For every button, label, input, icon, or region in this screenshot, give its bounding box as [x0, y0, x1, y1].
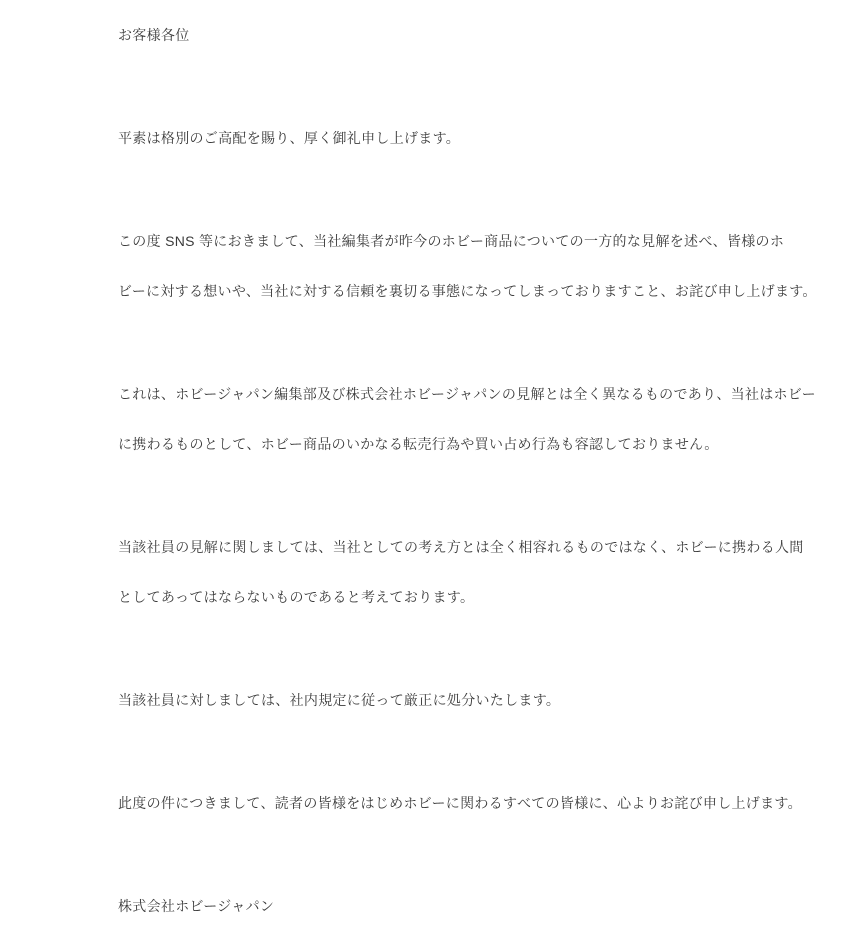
closing-apology-paragraph: 此度の件につきまして、読者の皆様をはじめホビーに関わるすべての皆様に、心よりお詫…	[118, 778, 748, 828]
clarification-paragraph: これは、ホビージャパン編集部及び株式会社ホビージャパンの見解とは全く異なるもので…	[118, 369, 748, 469]
greeting-paragraph: 平素は格別のご高配を賜り、厚く御礼申し上げます。	[118, 113, 748, 163]
document-page: お客様各位 平素は格別のご高配を賜り、厚く御礼申し上げます。 この度 SNS 等…	[0, 0, 848, 940]
stance-paragraph: 当該社員の見解に関しましては、当社としての考え方とは全く相容れるものではなく、ホ…	[118, 522, 748, 622]
stance-line-2: としてあってはならないものであると考えております。	[118, 572, 748, 622]
apology-intro-paragraph: この度 SNS 等におきまして、当社編集者が昨今のホビー商品についての一方的な見…	[118, 216, 748, 316]
apology-intro-line-2: ビーに対する想いや、当社に対する信頼を裏切る事態になってしまっておりますこと、お…	[118, 266, 748, 316]
recipient-line: お客様各位	[118, 10, 748, 60]
closing-apology-line: 此度の件につきまして、読者の皆様をはじめホビーに関わるすべての皆様に、心よりお詫…	[118, 778, 748, 828]
stance-line-1: 当該社員の見解に関しましては、当社としての考え方とは全く相容れるものではなく、ホ…	[118, 522, 748, 572]
company-signature: 株式会社ホビージャパン	[118, 881, 748, 931]
clarification-line-2: に携わるものとして、ホビー商品のいかなる転売行為や買い占め行為も容認しておりませ…	[118, 419, 748, 469]
greeting-line: 平素は格別のご高配を賜り、厚く御礼申し上げます。	[118, 113, 748, 163]
apology-intro-line-1: この度 SNS 等におきまして、当社編集者が昨今のホビー商品についての一方的な見…	[118, 216, 748, 266]
signature-block: 株式会社ホビージャパン	[118, 881, 748, 931]
recipient-block: お客様各位	[118, 10, 748, 60]
disciplinary-action-paragraph: 当該社員に対しましては、社内規定に従って厳正に処分いたします。	[118, 675, 748, 725]
disciplinary-action-line: 当該社員に対しましては、社内規定に従って厳正に処分いたします。	[118, 675, 748, 725]
clarification-line-1: これは、ホビージャパン編集部及び株式会社ホビージャパンの見解とは全く異なるもので…	[118, 369, 748, 419]
